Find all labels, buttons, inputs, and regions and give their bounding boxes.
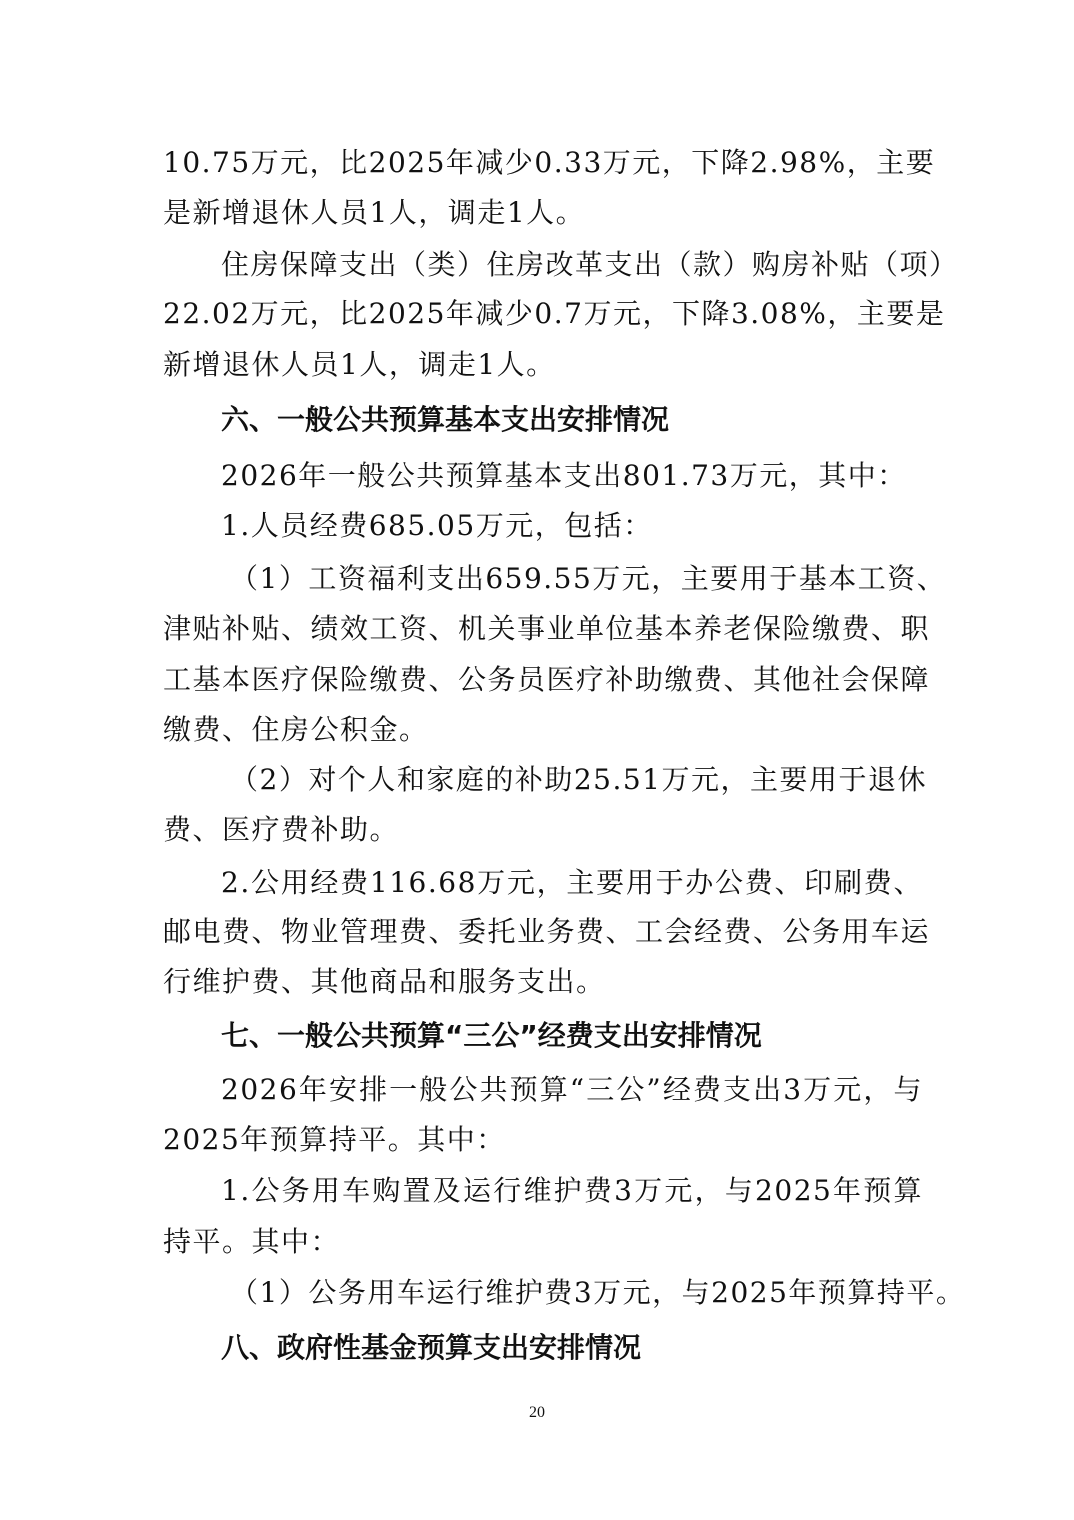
body-line: 22.02万元，比2025年减少0.7万元，下降3.08%，主要是 — [163, 297, 923, 331]
section-heading-6: 六、一般公共预算基本支出安排情况 — [221, 403, 923, 437]
body-line: 2025年预算持平。其中： — [163, 1123, 923, 1157]
paragraph-housing-subsidy: 住房保障支出（类）住房改革支出（款）购房补贴（项） — [221, 248, 923, 282]
body-line: 10.75万元，比2025年减少0.33万元，下降2.98%，主要 — [163, 146, 923, 180]
body-line: 2026年安排一般公共预算“三公”经费支出3万元，与 — [221, 1073, 923, 1107]
body-line: 费、医疗费补助。 — [163, 813, 923, 847]
body-line: 持平。其中： — [163, 1225, 923, 1259]
body-line: 津贴补贴、绩效工资、机关事业单位基本养老保险缴费、职 — [163, 612, 923, 646]
body-line: 2026年一般公共预算基本支出801.73万元，其中： — [221, 459, 923, 493]
body-line: （1）公务用车运行维护费3万元，与2025年预算持平。 — [230, 1276, 923, 1310]
section-heading-8: 八、政府性基金预算支出安排情况 — [221, 1331, 923, 1365]
body-line: 缴费、住房公积金。 — [163, 713, 923, 747]
body-line: 是新增退休人员1人，调走1人。 — [163, 196, 923, 230]
body-line: 邮电费、物业管理费、委托业务费、工会经费、公务用车运 — [163, 915, 923, 949]
body-line: 1.人员经费685.05万元，包括： — [221, 509, 923, 543]
body-line: 行维护费、其他商品和服务支出。 — [163, 965, 923, 999]
body-line: 2.公用经费116.68万元，主要用于办公费、印刷费、 — [221, 866, 923, 900]
body-line: 工基本医疗保险缴费、公务员医疗补助缴费、其他社会保障 — [163, 663, 923, 697]
body-line: （1）工资福利支出659.55万元，主要用于基本工资、 — [230, 562, 923, 596]
page-number: 20 — [0, 1404, 1074, 1422]
body-line: 新增退休人员1人，调走1人。 — [163, 348, 923, 382]
body-line: （2）对个人和家庭的补助25.51万元，主要用于退休 — [230, 763, 923, 797]
body-line: 1.公务用车购置及运行维护费3万元，与2025年预算 — [221, 1174, 923, 1208]
section-heading-7: 七、一般公共预算“三公”经费支出安排情况 — [221, 1019, 923, 1053]
document-page: 10.75万元，比2025年减少0.33万元，下降2.98%，主要 是新增退休人… — [0, 0, 1074, 1520]
